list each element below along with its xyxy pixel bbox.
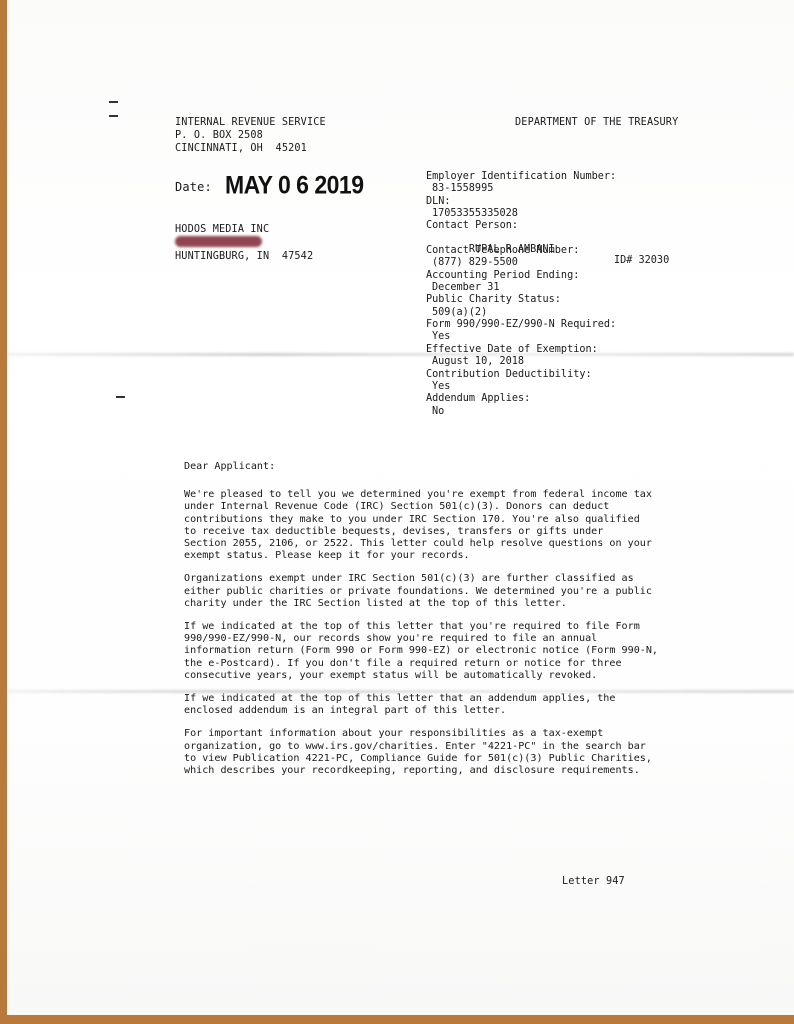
department-header: DEPARTMENT OF THE TREASURY — [515, 117, 678, 129]
field-label-charity-status: Public Charity Status: — [426, 294, 616, 306]
registration-mark — [109, 115, 118, 117]
sender-address-line2: CINCINNATI, OH 45201 — [175, 143, 307, 155]
field-value-accounting-period: December 31 — [426, 282, 616, 294]
field-value-contact-person: RUPAL R AMBANI ID# 32030 — [426, 233, 616, 245]
paragraph-filing: If we indicated at the top of this lette… — [184, 621, 704, 682]
letter-body: Dear Applicant: We're pleased to tell yo… — [184, 461, 704, 788]
recipient-city: HUNTINGBURG, IN 47542 — [175, 251, 313, 263]
paragraph-addendum: If we indicated at the top of this lette… — [184, 693, 704, 717]
date-label: Date: — [175, 181, 212, 193]
field-label-ein: Employer Identification Number: — [426, 171, 616, 183]
field-value-charity-status: 509(a)(2) — [426, 307, 616, 319]
paragraph-exemption: We're pleased to tell you we determined … — [184, 489, 704, 562]
field-value-deductibility: Yes — [426, 381, 616, 393]
field-label-form-required: Form 990/990-EZ/990-N Required: — [426, 319, 616, 331]
field-label-addendum: Addendum Applies: — [426, 393, 616, 405]
field-value-addendum: No — [426, 406, 616, 418]
fold-line — [7, 353, 794, 356]
sender-address-line1: P. O. BOX 2508 — [175, 130, 263, 142]
field-label-deductibility: Contribution Deductibility: — [426, 369, 616, 381]
paragraph-classification: Organizations exempt under IRC Section 5… — [184, 573, 704, 610]
field-label-dln: DLN: — [426, 196, 616, 208]
sender-name: INTERNAL REVENUE SERVICE — [175, 117, 326, 129]
date-stamp: MAY 0 6 2019 — [225, 171, 364, 201]
paragraph-resources: For important information about your res… — [184, 728, 704, 777]
field-value-effective-date: August 10, 2018 — [426, 356, 616, 368]
letter-number: Letter 947 — [562, 876, 625, 888]
recipient-name: HODOS MEDIA INC — [175, 224, 269, 236]
salutation: Dear Applicant: — [184, 461, 704, 473]
letter-page: INTERNAL REVENUE SERVICE P. O. BOX 2508 … — [7, 0, 794, 1015]
info-fields: Employer Identification Number: 83-15589… — [426, 171, 616, 418]
registration-mark — [116, 396, 125, 398]
field-value-dln: 17053355335028 — [426, 208, 616, 220]
field-value-form-required: Yes — [426, 331, 616, 343]
redacted-address — [175, 236, 262, 247]
registration-mark — [109, 101, 118, 103]
contact-person-name: RUPAL R AMBANI — [469, 244, 555, 255]
field-label-contact-person: Contact Person: — [426, 220, 616, 232]
field-value-ein: 83-1558995 — [426, 183, 616, 195]
contact-person-id: ID# 32030 — [614, 255, 669, 266]
field-label-effective-date: Effective Date of Exemption: — [426, 344, 616, 356]
